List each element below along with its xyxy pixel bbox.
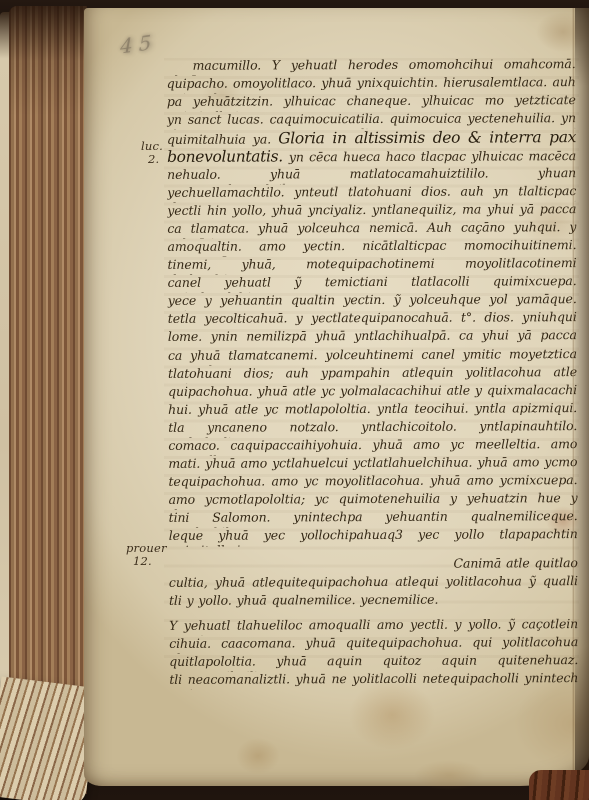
nahuatl-text: tli neacomanaliztli. yhuā ne yolitlacoll… xyxy=(169,670,578,690)
nahuatl-text: leque yhuā yec yollochipahuaq3 yec yollo… xyxy=(169,527,578,547)
manuscript-text-line: ca yhuā tlamatcanemi. yolceuhtinemi cane… xyxy=(168,346,577,366)
manuscript-text-line: Y yehuatl tlahueliloc amoqualli amo yect… xyxy=(169,616,578,636)
manuscript-text-line: quipachohua. yhuā atle yc yolmalacachihu… xyxy=(168,382,577,402)
nahuatl-text: yechuellamachtilo. ynteutl tlatohuani di… xyxy=(167,183,576,203)
nahuatl-text: nehualo. yhuā matlatocamahuiztililo. yhu… xyxy=(167,165,576,185)
manuscript-text-line: yectli hin yollo, yhuā ynciyaliz. yntlan… xyxy=(167,201,576,221)
nahuatl-text: canel yehuatl ỹ temictiani tlatlacolli q… xyxy=(168,273,577,293)
manuscript-text-line: tla yncaneno notzalo. yntlachicoitolo. y… xyxy=(168,418,577,438)
manuscript-text-line: quipacho. omoyolitlaco. yhuā ynixquichti… xyxy=(167,74,576,94)
nahuatl-text: cultia, yhuā atlequitequipachohua atlequ… xyxy=(169,573,578,593)
margin-note-book: prouer xyxy=(126,541,167,555)
manuscript-text-line: tetla yecolticahuā. y yectlatequipanocah… xyxy=(168,309,577,329)
manuscript-text-line: yece y yehuantin qualtin yectin. ỹ yolce… xyxy=(168,291,577,311)
stain xyxy=(349,680,435,750)
nahuatl-text: quitlapololtia. yhuā aquin quitoz aquin … xyxy=(169,652,578,672)
manuscript-text-line: macumillo. Y yehuatl herodes omomohcihui… xyxy=(167,56,576,76)
latin-quote-text: bonevoluntatis. xyxy=(167,148,289,167)
nahuatl-text: quimitalhuia ya. xyxy=(167,132,278,147)
manuscript-text-line: tinemi, yhuā, motequipachotinemi moyolit… xyxy=(167,255,576,275)
nahuatl-text: yectli hin yollo, yhuā ynciyaliz. yntlan… xyxy=(167,201,576,221)
manuscript-text-line: tli y yollo. yhuā qualnemilice. yecnemil… xyxy=(169,591,578,611)
margin-note-chapter: 12. xyxy=(126,555,167,568)
nahuatl-text: ca yhuā tlamatcanemi. yolceuhtinemi cane… xyxy=(168,346,577,366)
manuscript-text-line: tli neacomanaliztli. yhuā ne yolitlacoll… xyxy=(169,670,578,690)
nahuatl-text: tetla yecolticahuā. y yectlatequipanocah… xyxy=(168,309,577,329)
manuscript-text-line: quitlapololtia. yhuā aquin quitoz aquin … xyxy=(169,652,578,672)
manuscript-text-line: tini Salomon. ynintechpa yehuantin qualn… xyxy=(169,508,578,528)
nahuatl-text: tli y yollo. yhuā qualnemilice. yecnemil… xyxy=(169,591,438,607)
margin-note-book: luc. xyxy=(141,139,163,153)
margin-note-proverbs-12: prouer 12. xyxy=(126,542,167,567)
manuscript-text-line: ca tlamatca. yhuā yolceuhca nemicā. Auh … xyxy=(167,219,576,239)
manuscript-text-line: mati. yhuā amo yctlahuelcui yctlatlahuel… xyxy=(168,454,577,474)
binding-edge xyxy=(529,770,589,800)
nahuatl-text: tlatohuani dios; auh ypampahin atlequin … xyxy=(168,364,577,384)
manuscript-text-line: cihuia. caacomana. yhuā quitequipachohua… xyxy=(169,634,578,654)
nahuatl-text: hui. yhuā atle yc motlapololtia. yntla t… xyxy=(168,400,577,420)
manuscript-text-line: tequipachohua. amo yc moyolitlacohua. yh… xyxy=(168,472,577,492)
manuscript-text-line: lome. ynin nemilizpā yhuā yntlachihualpā… xyxy=(168,328,577,348)
manuscript-text-line: yechuellamachtilo. ynteutl tlatohuani di… xyxy=(167,183,576,203)
nahuatl-text: yece y yehuantin qualtin yectin. ỹ yolce… xyxy=(168,291,577,311)
manuscript-text-line: nehualo. yhuā matlatocamahuiztililo. yhu… xyxy=(167,165,576,185)
nahuatl-text: quipacho. omoyolitlaco. yhuā ynixquichti… xyxy=(167,74,576,94)
nahuatl-text: pa yehuātzitzin. ylhuicac chaneque. ylhu… xyxy=(167,92,576,112)
manuscript-text-line: amoqualtin. amo yectin. nicātlalticpac m… xyxy=(167,237,576,257)
manuscript-text-line: quimitalhuia ya. Gloria in altissimis de… xyxy=(167,128,576,148)
nahuatl-text: ca tlamatca. yhuā yolceuhca nemicā. Auh … xyxy=(167,219,576,239)
manuscript-text-line: pa yehuātzitzin. ylhuicac chaneque. ylhu… xyxy=(167,92,576,112)
nahuatl-text: amo ycmotlapololtia; yc quimotenehuilia … xyxy=(169,490,578,510)
page-right-shadow xyxy=(575,8,589,786)
manuscript-text-block: macumillo. Y yehuatl herodes omomohcihui… xyxy=(167,56,579,690)
nahuatl-text: amoqualtin. amo yectin. nicātlalticpac m… xyxy=(167,237,576,257)
nahuatl-text: tla yncaneno notzalo. yntlachicoitolo. y… xyxy=(168,418,577,438)
faint-pencil-mark: 45 xyxy=(120,29,157,58)
nahuatl-text: Y yehuatl tlahueliloc amoqualli amo yect… xyxy=(169,616,578,636)
book-page-edges xyxy=(9,6,87,794)
manuscript-text-line: comaco. caquipaccaihiyohuia. yhuā amo yc… xyxy=(168,436,577,456)
manuscript-text-line: cultia, yhuā atlequitequipachohua atlequ… xyxy=(169,573,578,593)
nahuatl-text: macumillo. Y yehuatl herodes omomohcihui… xyxy=(167,56,576,76)
nahuatl-text: comaco. caquipaccaihiyohuia. yhuā amo yc… xyxy=(168,436,577,456)
nahuatl-text: quipachohua. yhuā atle yc yolmalacachihu… xyxy=(168,382,577,399)
manuscript-text-line: leque yhuā yec yollochipahuaq3 yec yollo… xyxy=(169,527,578,547)
margin-note-chapter: 2. xyxy=(141,153,163,166)
nahuatl-text: mati. yhuā amo yctlahuelcui yctlatlahuel… xyxy=(168,454,577,471)
nahuatl-text: cihuia. caacomana. yhuā quitequipachohua… xyxy=(169,634,578,654)
manuscript-page: 45 luc. 2. prouer 12. macumillo. Y yehua… xyxy=(84,8,589,786)
nahuatl-text: tini Salomon. ynintechpa yehuantin qualn… xyxy=(169,508,578,528)
photo-background: 45 luc. 2. prouer 12. macumillo. Y yehua… xyxy=(0,0,589,800)
nahuatl-text: yn sanct lucas. caquimocuicatilia. quimo… xyxy=(167,110,576,130)
nahuatl-text: tequipachohua. amo yc moyolitlacohua. yh… xyxy=(168,472,577,489)
nahuatl-text: tinemi, yhuā, motequipachotinemi moyolit… xyxy=(167,255,576,275)
manuscript-text-line: hui. yhuā atle yc motlapololtia. yntla t… xyxy=(168,400,577,420)
stain xyxy=(236,738,280,774)
manuscript-text-line: tlatohuani dios; auh ypampahin atlequin … xyxy=(168,364,577,384)
nahuatl-text: Canimā atle quitlao xyxy=(453,555,577,571)
manuscript-text-line: canel yehuatl ỹ temictiani tlatlacolli q… xyxy=(168,273,577,293)
manuscript-text-line: amo ycmotlapololtia; yc quimotenehuilia … xyxy=(169,490,578,510)
manuscript-text-line: Canimā atle quitlao xyxy=(169,555,578,575)
manuscript-text-line: bonevoluntatis. yn cēca hueca haco tlacp… xyxy=(167,147,576,167)
margin-note-luke-2: luc. 2. xyxy=(141,140,163,165)
manuscript-text-line: yn sanct lucas. caquimocuicatilia. quimo… xyxy=(167,110,576,130)
nahuatl-text: lome. ynin nemilizpā yhuā yntlachihualpā… xyxy=(168,328,577,348)
stain xyxy=(414,760,484,790)
